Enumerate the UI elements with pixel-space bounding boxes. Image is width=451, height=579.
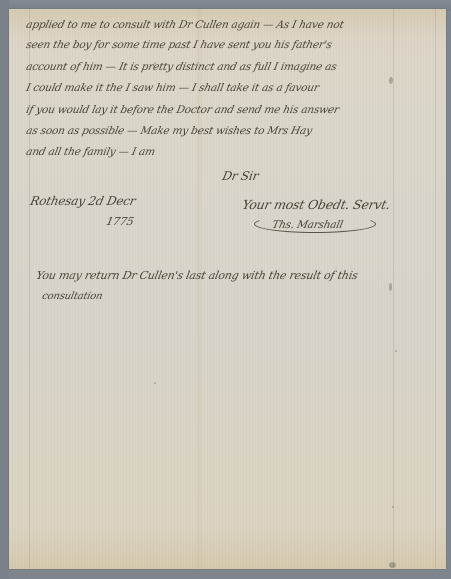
postscript-line-2: consultation (41, 291, 103, 302)
place-and-date: Rothesay 2d Decr (29, 194, 137, 208)
scan-background-left (0, 0, 9, 579)
letter-year: 1775 (105, 215, 135, 228)
letter-body-line-2: seen the boy for some time past I have s… (25, 39, 438, 51)
postscript-line-1: You may return Dr Cullen's last along wi… (35, 269, 359, 282)
ink-spot (392, 506, 394, 508)
manuscript-page: applied to me to consult with Dr Cullen … (9, 9, 446, 569)
letter-body-line-6: as soon as possible — Make my best wishe… (25, 125, 438, 137)
ink-spot (395, 350, 397, 352)
paper-hole (389, 562, 396, 568)
ink-spot (154, 382, 156, 384)
closing: Your most Obedt. Servt. (241, 197, 392, 212)
letter-body-line-3: account of him — It is pretty distinct a… (25, 61, 438, 73)
letter-body-line-1: applied to me to consult with Dr Cullen … (25, 19, 438, 31)
letter-body-line-5: if you would lay it before the Doctor an… (25, 104, 438, 116)
salutation: Dr Sir (221, 169, 260, 183)
letter-body-line-4: I could make it the I saw him — I shall … (25, 82, 438, 94)
signature-flourish (254, 215, 376, 233)
ink-spot (389, 283, 392, 291)
letter-body-line-7: and all the family — I am (25, 146, 438, 158)
